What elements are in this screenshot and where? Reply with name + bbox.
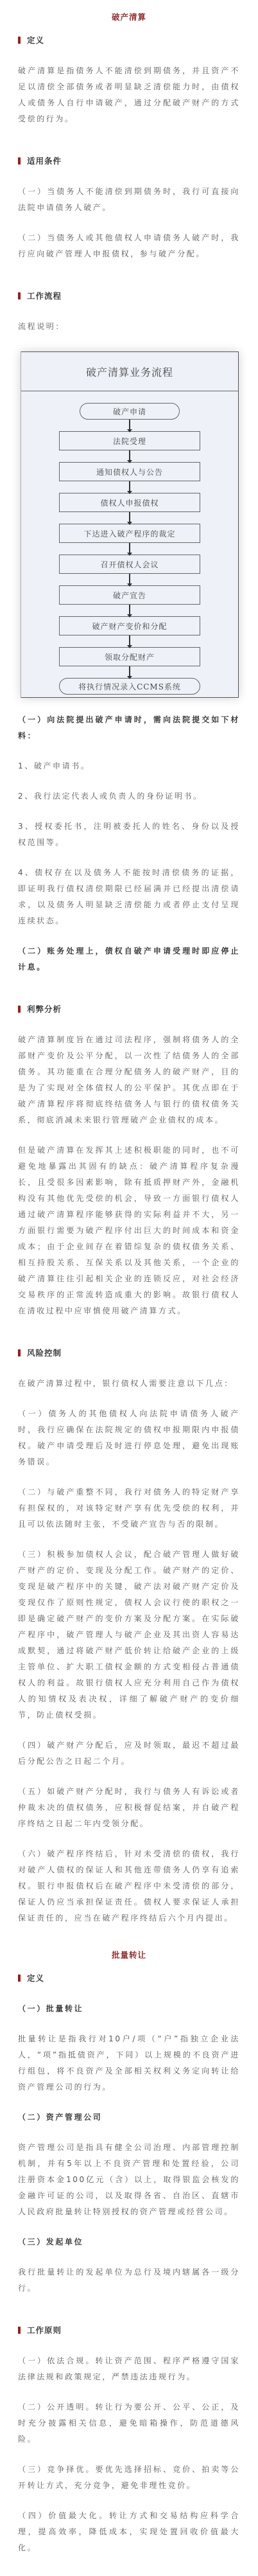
section-heading-label: 工作原则 — [27, 2324, 62, 2336]
section-marker-icon — [18, 37, 21, 44]
analysis-paragraph: 但是破产清算在发挥其上述积极职能的同时，也不可避免地暴露出其固有的缺点：破产清算… — [18, 1142, 240, 1319]
risk-item: （六）破产程序终结后，针对未受清偿的债权，我行对破产人债权的保证人和其他连带债务… — [18, 1846, 240, 1926]
materials-heading: （一）向法院提出破产申请时，需向法院提交如下材料： — [18, 712, 240, 744]
section-heading-risk: 风险控制 — [18, 1344, 258, 1362]
principle-item: （二）公开透明。转让行为要公开、公平、公正，及时充分披露相关信息，避免暗箱操作，… — [18, 2399, 240, 2447]
section-marker-icon — [18, 2327, 21, 2334]
flowchart-image: 破产清算业务流程 破产申请 法院受理 通知债权人与公告 债权人申报债权 下达进入… — [21, 351, 239, 698]
arrow-down-icon — [129, 543, 130, 555]
principle-item: （三）竞争择优。要优先选择招标、竞价、拍卖等公开转让方式，充分竞争，避免非理性竞… — [18, 2462, 240, 2494]
flow-step: 通知债权人与公告 — [59, 462, 200, 481]
section-heading-label: 工作流程 — [27, 290, 62, 301]
definition-text: 破产清算是指债务人不能清偿到期债务，并且资产不足以清偿全部债务或者明显缺乏清偿能… — [18, 63, 240, 127]
risk-item: （二）与破产重整不同，我行对债务人的特定财产享有担保权的，对该特定财产享有优先受… — [18, 1484, 240, 1532]
condition-item: （二）当债务人或其他债权人申请债务人破产时，我行应向破产管理人申报债权，参与破产… — [18, 230, 240, 262]
material-item: 4、债权存在以及债务人不能按时清偿债务的证据，即证明我行债权清偿期限已经届满并已… — [18, 865, 240, 929]
article-page: 破产清算 定义 破产清算是指债务人不能清偿到期债务，并且资产不足以清偿全部债务或… — [0, 10, 258, 2563]
flow-step-end: 将执行情况录入CCMS系统 — [59, 678, 200, 695]
risk-intro: 在破产清算过程中，银行债权人需要注意以下几点： — [18, 1376, 240, 1392]
flow-step: 破产财产变价和分配 — [59, 616, 200, 635]
material-item: 1、破产申请书。 — [18, 758, 240, 774]
accounting-note: （二）账务处理上，债权自破产申请受理时即应停止计息。 — [18, 943, 240, 975]
page-title: 破产清算 — [0, 10, 258, 24]
section-heading-label: 定义 — [27, 34, 44, 46]
section-heading-conditions: 适用条件 — [18, 152, 258, 170]
risk-item: （一）债务人的其他债权人向法院申请债务人破产时，我行应确保在法院规定的债权申报期… — [18, 1406, 240, 1470]
section-marker-icon — [18, 1349, 21, 1356]
arrow-down-icon — [129, 605, 130, 616]
risk-item: （三）积极参加债权人会议，配合破产管理人做好破产财产的定价、变现及分配工作。破产… — [18, 1547, 240, 1723]
subsection-text: 资产管理公司是指具有健全公司治理、内部管理控制机制，并有5年以上不良资产管理和处… — [18, 2140, 240, 2220]
section-heading-label: 利弊分析 — [27, 1003, 62, 1015]
flow-step: 领取分配财产 — [59, 647, 200, 666]
risk-item: （四）破产财产分配后，应及时领取，最迟不超过最后分配公告之日起二个月。 — [18, 1737, 240, 1770]
section-title-batch-transfer: 批量转让 — [0, 1948, 258, 1962]
section-marker-icon — [18, 292, 21, 299]
workflow-intro: 流程说明： — [18, 319, 240, 335]
subsection-text: 我行批量转让的发起单位为总行及境内辖属各一级分行。 — [18, 2264, 240, 2296]
arrow-down-icon — [129, 420, 130, 431]
flowchart-title: 破产清算业务流程 — [21, 352, 238, 391]
subsection-text: 批量转让是指我行对10户/项（“户”指独立企业法人，“项”指抵债资产，下同）以上… — [18, 2031, 240, 2095]
section-heading-analysis: 利弊分析 — [18, 1000, 258, 1018]
flow-step: 召开债权人会议 — [59, 555, 200, 574]
flow-step-start: 破产申请 — [80, 403, 180, 420]
subsection-label: （二）资产管理公司 — [18, 2110, 240, 2126]
section-heading-label: 定义 — [27, 1972, 44, 1984]
arrow-down-icon — [129, 574, 130, 585]
risk-item: （五）如破产财产分配时，我行与债务人有诉讼或者仲裁未决的债权债务，应积极督促结案… — [18, 1784, 240, 1832]
condition-item: （一）当债务人不能清偿到期债务时，我行可直接向法院申请债务人破产。 — [18, 184, 240, 216]
section-marker-icon — [18, 1006, 21, 1013]
section-heading-label: 适用条件 — [27, 155, 62, 166]
principle-item: （四）价值最大化。转让方式和交易结构应科学合理，提高效率，降低成本，实现处置回收… — [18, 2508, 240, 2556]
section-heading-label: 风险控制 — [27, 1347, 62, 1358]
arrow-down-icon — [129, 635, 130, 647]
flow-step: 下达进入破产程序的裁定 — [59, 524, 200, 543]
flow-step: 破产宣告 — [59, 585, 200, 605]
arrow-down-icon — [129, 666, 130, 678]
flowchart-body: 破产申请 法院受理 通知债权人与公告 债权人申报债权 下达进入破产程序的裁定 召… — [21, 391, 238, 697]
flow-step: 债权人申报债权 — [59, 493, 200, 512]
subsection-label: （三）发起单位 — [18, 2234, 240, 2250]
section-heading-definition: 定义 — [18, 31, 258, 49]
principle-item: （一）依法合规。转让资产范围、程序严格遵守国家法律法规和政策规定，严禁违法违规行… — [18, 2353, 240, 2385]
arrow-down-icon — [129, 512, 130, 524]
section-marker-icon — [18, 1975, 21, 1982]
subsection-label: （一）批量转让 — [18, 2001, 240, 2017]
section-heading-workflow: 工作流程 — [18, 287, 258, 305]
section-marker-icon — [18, 157, 21, 164]
analysis-paragraph: 破产清算制度旨在通过司法程序，强制将债务人的全部财产变价及公平分配，以一次性了结… — [18, 1032, 240, 1128]
section-heading-definition: 定义 — [18, 1969, 258, 1987]
section-heading-principles: 工作原则 — [18, 2321, 258, 2339]
flow-step: 法院受理 — [59, 431, 200, 450]
material-item: 3、授权委托书，注明被委托人的姓名、身份以及授权范围等。 — [18, 819, 240, 851]
arrow-down-icon — [129, 450, 130, 462]
arrow-down-icon — [129, 481, 130, 493]
material-item: 2、我行法定代表人或负责人的身份证明书。 — [18, 788, 240, 804]
